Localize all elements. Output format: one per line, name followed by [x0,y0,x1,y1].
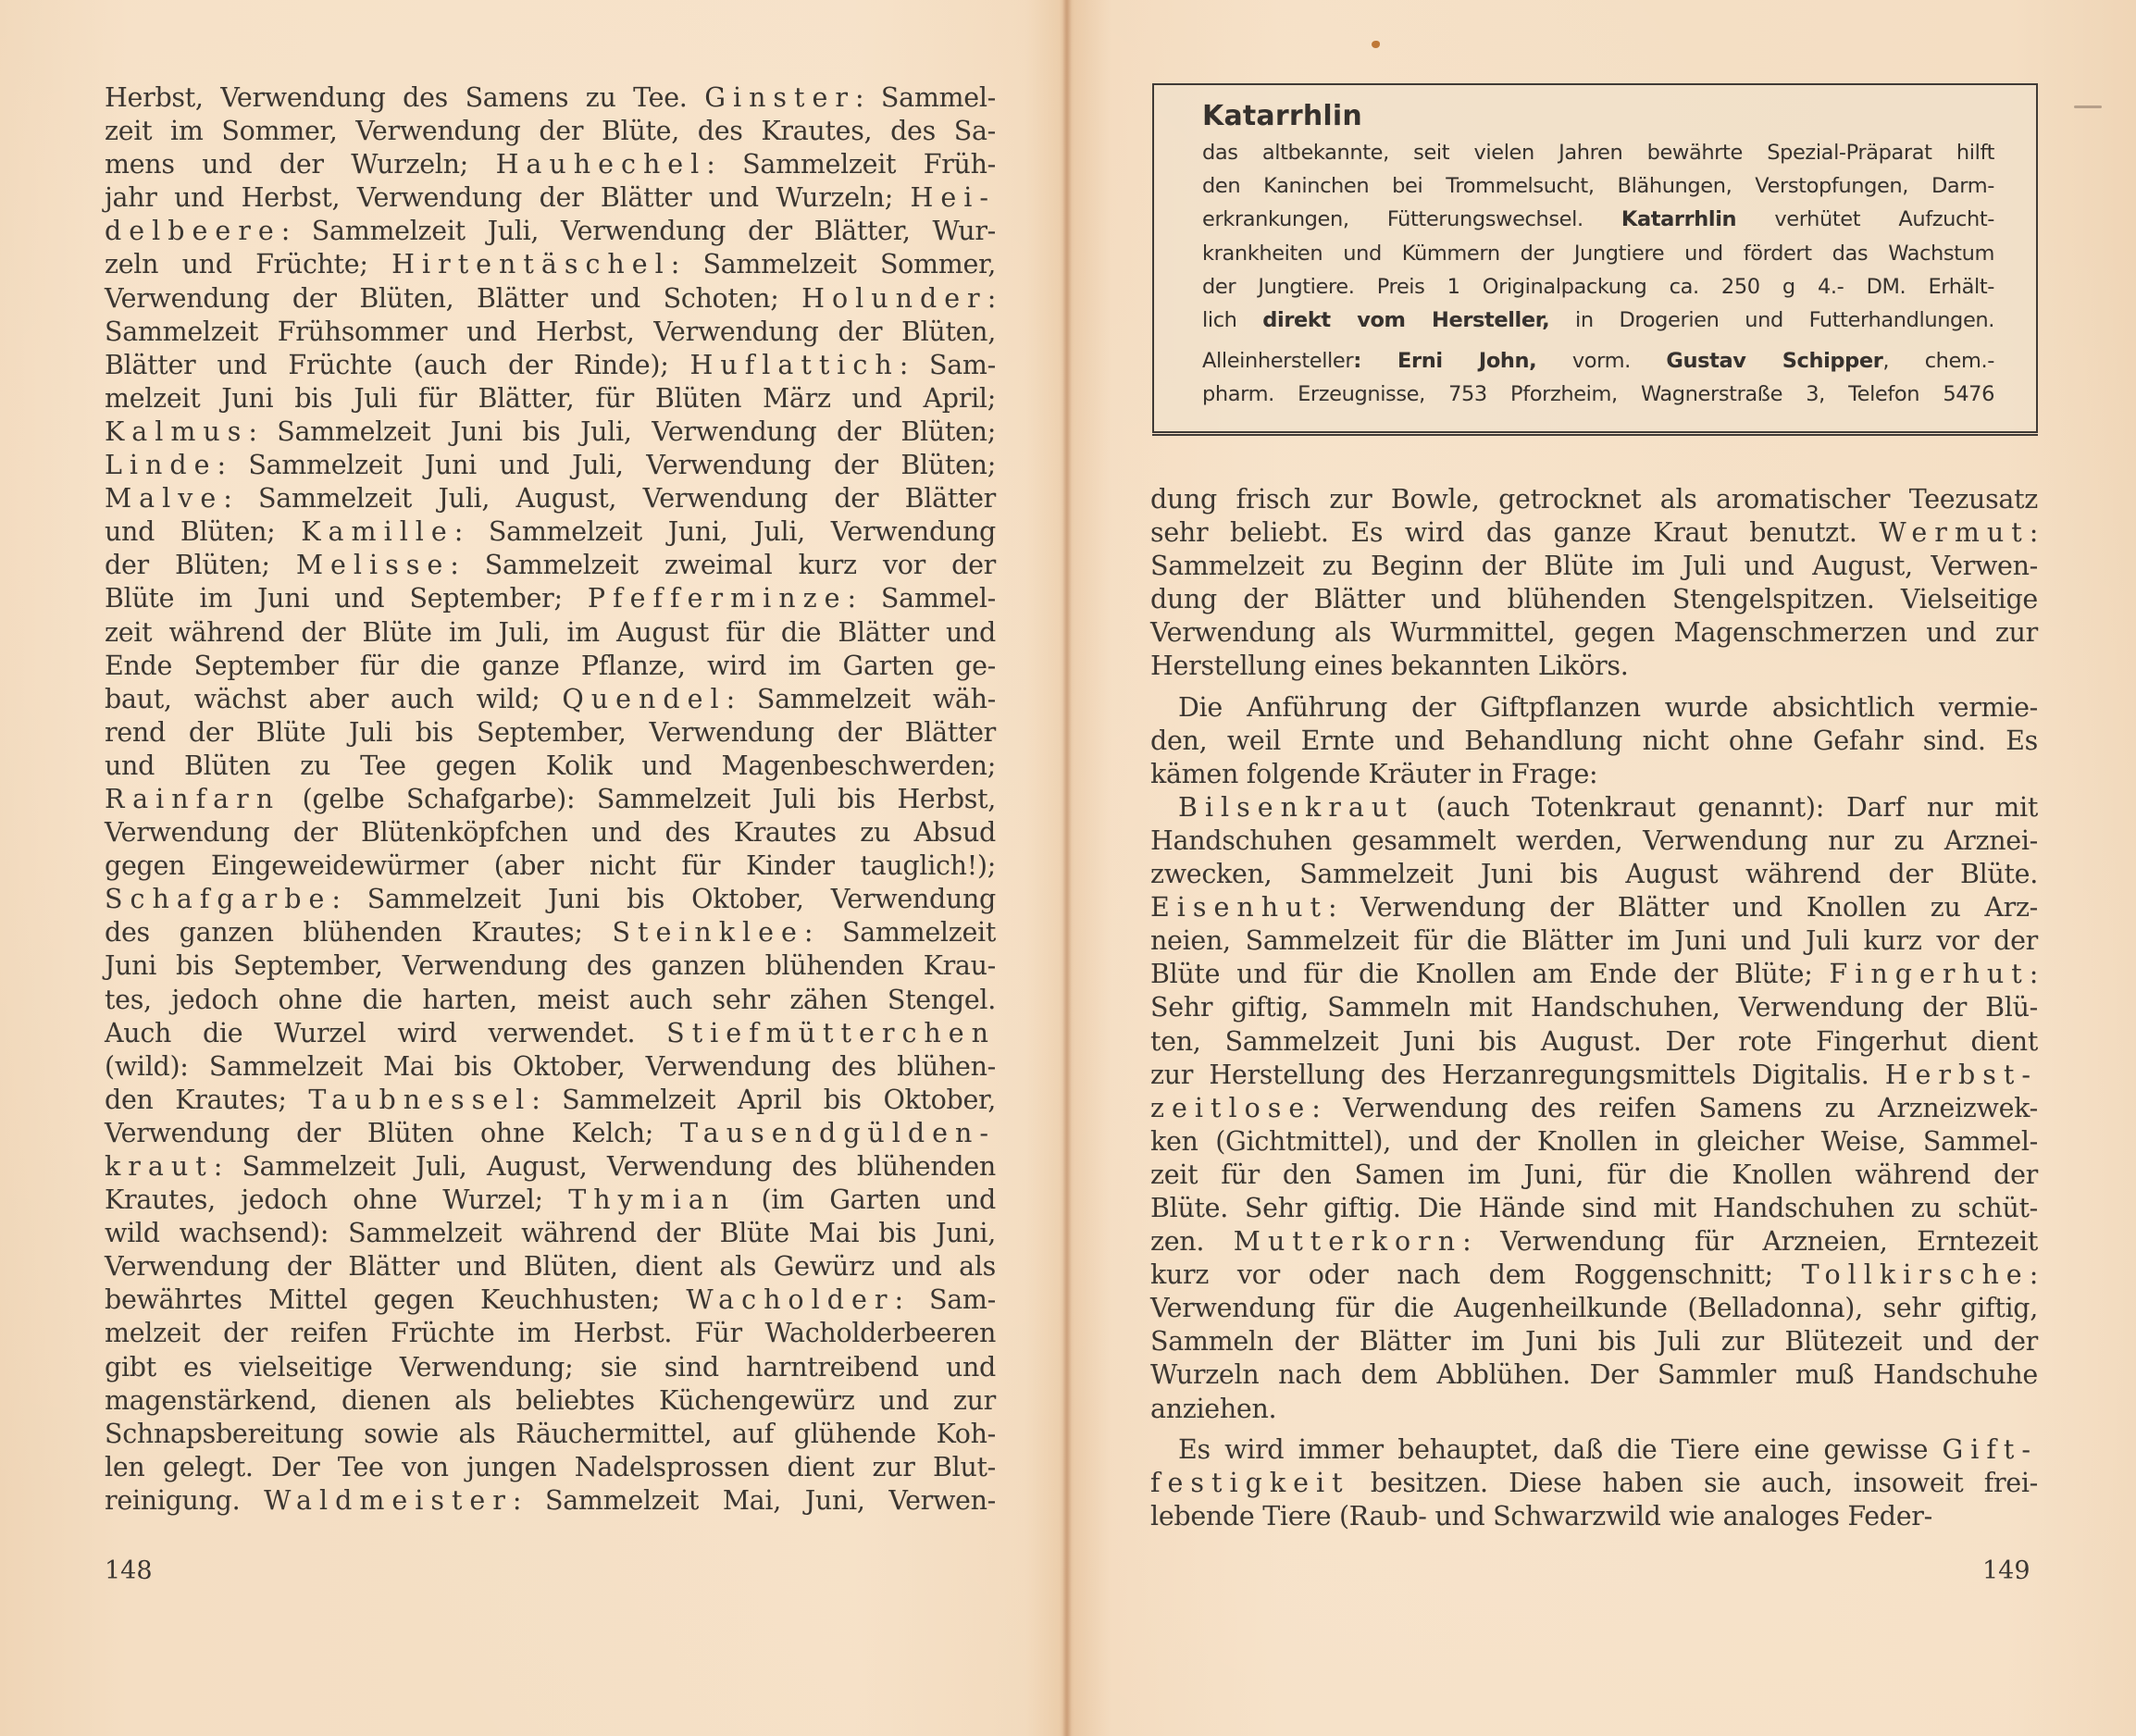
text-run: : Sammelzeit Juli, August, Verwendung de… [223,483,996,514]
text-line: den Kaninchen bei Trommelsucht, Blähunge… [1202,169,1994,203]
text-line: der Jungtiere. Preis 1 Originalpackung c… [1202,270,1994,304]
text-run: : Verwendung des reifen Samens zu Arznei… [1311,1093,2038,1123]
spaced-term: Fingerhut [1830,959,2030,989]
text-line: Blüte. Sehr giftig. Die Hände sind mit H… [1150,1192,2038,1225]
spaced-term: Rainfarn [105,784,280,814]
spaced-term: Ginster [704,82,855,113]
spaced-term: Thymian [568,1184,736,1215]
text-run: : Sammelzeit Sommer, [671,249,996,279]
text-run: dung frisch zur Bowle, getrocknet als ar… [1150,484,2038,515]
left-page-body-text: Herbst, Verwendung des Samens zu Tee. Gi… [105,81,996,1518]
text-line: rend der Blüte Juli bis September, Verwe… [105,716,996,750]
text-line: Bilsenkraut (auch Totenkraut genannt): D… [1150,791,2038,825]
text-line: krankheiten und Kümmern der Jungtiere un… [1202,237,1994,270]
text-run: Verwendung für die Augenheilkunde (Bella… [1150,1293,2038,1323]
text-line: zeit während der Blüte im Juli, im Augus… [105,616,996,650]
text-run: Blüte im Juni und September; [105,583,588,614]
spaced-term: Tollkirsche [1802,1259,2030,1290]
spaced-term: delbeere [105,216,281,246]
text-run: : Sammelzeit Juli, Verwendung der Blätte… [281,216,996,246]
text-run: Handschuhen gesammelt werden, Verwendung… [1150,825,2038,856]
spaced-term: zeitlose [1150,1093,1311,1123]
spaced-term: Herbst- [1885,1060,2038,1090]
text-line: Sehr giftig, Sammeln mit Handschuhen, Ve… [1150,991,2038,1024]
text-run: kurz vor oder nach dem Roggenschnitt; [1150,1259,1802,1290]
text-line: festigkeit besitzen. Diese haben sie auc… [1150,1467,2038,1500]
text-run: neien, Sammelzeit für die Blätter im Jun… [1150,925,2038,956]
text-run: : [2030,517,2038,548]
text-run: : Verwendung der Blätter und Knollen zu … [1328,892,2038,923]
text-line: zwecken, Sammelzeit Juni bis August währ… [1150,858,2038,891]
text-run: ten, Sammelzeit Juni bis August. Der rot… [1150,1026,2038,1057]
text-run: Blüte. Sehr giftig. Die Hände sind mit H… [1150,1193,2038,1223]
text-line: und Blüten; Kamille: Sammelzeit Juni, Ju… [105,515,996,549]
text-line: Herstellung eines bekannten Likörs. [1150,650,2038,683]
spaced-term: Bilsenkraut [1178,792,1414,823]
text-run: melzeit der reifen Früchte im Herbst. Fü… [105,1318,996,1348]
text-line: pharm. Erzeugnisse, 753 Pforzheim, Wagne… [1202,378,1994,411]
text-run: Ende September für die ganze Pflanze, wi… [105,651,996,681]
text-run: dung der Blätter und blühenden Stengelsp… [1150,584,2038,614]
text-run: Krautes, jedoch ohne Wurzel; [105,1184,568,1215]
text-run: Juni bis September, Verwendung des ganze… [105,950,996,981]
spaced-term: Schafgarbe [105,884,331,914]
text-run: reinigung. [105,1485,264,1516]
text-run: melzeit Juni bis Juli für Blätter, für B… [105,383,996,414]
text-line: baut, wächst aber auch wild; Quendel: Sa… [105,683,996,716]
text-run: Verwendung der Blüten, Blätter und Schot… [105,283,801,314]
spaced-term: Tausendgülden- [680,1118,996,1148]
text-run: erkrankungen, Fütterungswechsel. [1202,207,1621,231]
text-line: den, weil Ernte und Behandlung nicht ohn… [1150,725,2038,758]
text-run: (im Garten und [736,1184,996,1215]
spaced-term: Quendel [562,684,726,714]
text-run: : [2030,959,2038,989]
text-line: Sammelzeit zu Beginn der Blüte im Juli u… [1150,550,2038,583]
text-run: zeit während der Blüte im Juli, im Augus… [105,617,996,648]
text-run: tes, jedoch ohne die harten, meist auch … [105,985,996,1015]
spaced-term: Waldmeister [264,1485,513,1516]
text-run: Sammeln der Blätter im Juni bis Juli zur… [1150,1326,2038,1357]
text-line: len gelegt. Der Tee von jungen Nadelspro… [105,1451,996,1484]
text-line: Es wird immer behauptet, daß die Tiere e… [1150,1433,2038,1467]
text-run: (gelbe Schafgarbe): Sammelzeit Juli bis … [280,784,996,814]
text-run: (wild): Sammelzeit Mai bis Oktober, Verw… [105,1051,996,1082]
bold-term: : Erni John, [1353,349,1536,373]
text-run: : Sam- [900,350,996,380]
text-run: besitzen. Diese haben sie auch, insoweit… [1350,1468,2038,1498]
text-run: : Sammelzeit Juni bis Oktober, Verwendun… [331,884,996,914]
text-run: des ganzen blühenden Krautes; [105,917,612,948]
text-line: Verwendung als Wurmmittel, gegen Magensc… [1150,616,2038,650]
text-line: Blätter und Früchte (auch der Rinde); Hu… [105,349,996,382]
text-run: Auch die Wurzel wird verwendet. [105,1018,666,1048]
text-run: zeln und Früchte; [105,249,391,279]
text-line: sehr beliebt. Es wird das ganze Kraut be… [1150,516,2038,550]
text-run: Sammelzeit zu Beginn der Blüte im Juli u… [1150,551,2038,581]
text-line: erkrankungen, Fütterungswechsel. Katarrh… [1202,203,1994,236]
text-run: : Verwendung für Arzneien, Erntezeit [1462,1226,2038,1257]
text-run: : Sammelzeit wäh- [726,684,996,714]
text-line: der Blüten; Melisse: Sammelzeit zweimal … [105,549,996,582]
text-run: : Sammelzeit Juli, August, Verwendung de… [214,1151,996,1182]
text-line: Juni bis September, Verwendung des ganze… [105,949,996,983]
text-line: Alleinhersteller: Erni John, vorm. Gusta… [1202,344,1994,378]
text-line: tes, jedoch ohne die harten, meist auch … [105,984,996,1017]
text-run: den Kaninchen bei Trommelsucht, Blähunge… [1202,174,1994,198]
spaced-term: Hauhechel [496,149,707,180]
text-run: sehr beliebt. Es wird das ganze Kraut be… [1150,517,1879,548]
text-line: magenstärkend, dienen als beliebtes Küch… [105,1384,996,1418]
text-run: Verwendung der Blüten ohne Kelch; [105,1118,680,1148]
text-run: und Blüten zu Tee gegen Kolik und Magenb… [105,750,996,781]
text-run: den, weil Ernte und Behandlung nicht ohn… [1150,725,2038,756]
text-line: zen. Mutterkorn: Verwendung für Arzneien… [1150,1225,2038,1259]
book-spread: Herbst, Verwendung des Samens zu Tee. Gi… [0,0,2136,1736]
text-line: Handschuhen gesammelt werden, Verwendung… [1150,825,2038,858]
spaced-term: Huflattich [690,350,900,380]
text-line: Sammeln der Blätter im Juni bis Juli zur… [1150,1325,2038,1358]
text-line: zur Herstellung des Herzanregungsmittels… [1150,1059,2038,1092]
text-run: gegen Eingeweidewürmer (aber nicht für K… [105,850,996,881]
text-line: dung frisch zur Bowle, getrocknet als ar… [1150,483,2038,516]
spaced-term: Kamille [301,516,454,547]
text-run: Wurzeln nach dem Abblühen. Der Sammler m… [1150,1359,2038,1390]
text-run: Die Anführung der Giftpflanzen wurde abs… [1178,692,2038,723]
text-line: lich direkt vom Hersteller, in Drogerien… [1202,304,1994,337]
text-line: Verwendung der Blätter und Blüten, dient… [105,1250,996,1283]
text-run: zen. [1150,1226,1234,1257]
spaced-term: Pfefferminze [588,583,848,614]
text-line: ken (Gichtmittel), und der Knollen in gl… [1150,1125,2038,1159]
text-run: lich [1202,308,1262,332]
text-run: : Sammelzeit zweimal kurz vor der [450,550,996,580]
bold-term: Katarrhlin [1621,207,1736,231]
text-line: Ende September für die ganze Pflanze, wi… [105,650,996,683]
spaced-term: Eisenhut [1150,892,1328,923]
text-line: Malve: Sammelzeit Juli, August, Verwendu… [105,482,996,515]
text-line: Die Anführung der Giftpflanzen wurde abs… [1150,691,2038,725]
text-run: pharm. Erzeugnisse, 753 Pforzheim, Wagne… [1202,382,1994,406]
text-run: kämen folgende Kräuter in Frage: [1150,759,1597,789]
text-line: den Krautes; Taubnessel: Sammelzeit Apri… [105,1084,996,1117]
text-run: : Sammelzeit [804,917,996,948]
text-line: kraut: Sammelzeit Juli, August, Verwendu… [105,1150,996,1184]
text-run: : Sammel- [855,82,996,113]
text-line: kämen folgende Kräuter in Frage: [1150,758,2038,791]
spaced-term: Hirtentäschel [391,249,671,279]
text-run: Verwendung der Blätter und Blüten, dient… [105,1251,996,1282]
text-line: kurz vor oder nach dem Roggenschnitt; To… [1150,1259,2038,1292]
text-line: anziehen. [1150,1393,2038,1426]
text-line: zeit im Sommer, Verwendung der Blüte, de… [105,115,996,148]
text-run: Verwendung der Blütenköpfchen und des Kr… [105,817,996,848]
text-run: den Krautes; [105,1085,308,1115]
text-line: Verwendung der Blütenköpfchen und des Kr… [105,816,996,849]
bold-term: Gustav Schipper [1666,349,1882,373]
spaced-term: Hei- [911,182,996,213]
spaced-term: Taubnessel [308,1085,531,1115]
text-run: : [2030,1259,2038,1290]
text-line: Linde: Sammelzeit Juni und Juli, Verwend… [105,449,996,482]
text-line: Eisenhut: Verwendung der Blätter und Kno… [1150,891,2038,924]
text-run: zeit für den Samen im Juni, für die Knol… [1150,1159,2038,1190]
text-line: reinigung. Waldmeister: Sammelzeit Mai, … [105,1484,996,1518]
text-line: delbeere: Sammelzeit Juli, Verwendung de… [105,215,996,248]
bold-term: direkt vom Hersteller, [1262,308,1549,332]
text-run: in Drogerien und Futterhandlungen. [1549,308,1994,332]
spaced-term: Holunder [801,283,987,314]
text-line: (wild): Sammelzeit Mai bis Oktober, Verw… [105,1050,996,1084]
text-run: zeit im Sommer, Verwendung der Blüte, de… [105,116,996,146]
text-line: Auch die Wurzel wird verwendet. Stiefmüt… [105,1017,996,1050]
text-line: und Blüten zu Tee gegen Kolik und Magenb… [105,750,996,783]
text-run: : Sammelzeit Juni, Juli, Verwendung [454,516,996,547]
text-line: Blüte und für die Knollen am Ende der Bl… [1150,958,2038,991]
text-run: und Blüten; [105,516,301,547]
text-line: neien, Sammelzeit für die Blätter im Jun… [1150,924,2038,958]
right-page-body-text: dung frisch zur Bowle, getrocknet als ar… [1150,483,2038,1533]
text-run: : [987,283,996,314]
text-run: wild wachsend): Sammelzeit während der B… [105,1218,996,1248]
text-line: bewährtes Mittel gegen Keuchhusten; Wach… [105,1283,996,1317]
text-line: Schnapsbereitung sowie als Räuchermittel… [105,1418,996,1451]
text-run: zwecken, Sammelzeit Juni bis August währ… [1150,859,2038,889]
spaced-term: kraut [105,1151,214,1182]
text-run: Schnapsbereitung sowie als Räuchermittel… [105,1419,996,1449]
text-run: Sammelzeit Frühsommer und Herbst, Verwen… [105,316,996,347]
page-number-right: 149 [1982,1557,2030,1585]
spaced-term: festigkeit [1150,1468,1350,1498]
text-line: Verwendung der Blüten, Blätter und Schot… [105,282,996,316]
text-run: Alleinhersteller [1202,349,1353,373]
text-run: Blüte und für die Knollen am Ende der Bl… [1150,959,1830,989]
spaced-term: Kalmus [105,416,248,447]
text-run: Herbst, Verwendung des Samens zu Tee. [105,82,704,113]
text-line: zeit für den Samen im Juni, für die Knol… [1150,1159,2038,1192]
text-line: Sammelzeit Frühsommer und Herbst, Verwen… [105,316,996,349]
text-line: das altbekannte, seit vielen Jahren bewä… [1202,136,1994,169]
text-run: : Sam- [894,1284,996,1315]
text-line: zeln und Früchte; Hirtentäschel: Sammelz… [105,248,996,281]
text-run: Es wird immer behauptet, daß die Tiere e… [1178,1434,1942,1465]
text-run: der Blüten; [105,550,296,580]
text-run: len gelegt. Der Tee von jungen Nadelspro… [105,1452,996,1482]
text-line: Verwendung der Blüten ohne Kelch; Tausen… [105,1117,996,1150]
text-run: rend der Blüte Juli bis September, Verwe… [105,717,996,748]
spaced-term: Wacholder [686,1284,894,1315]
spaced-term: Mutterkorn [1234,1226,1462,1257]
spaced-term: Malve [105,483,223,514]
advertisement-body: das altbekannte, seit vielen Jahren bewä… [1202,136,1994,412]
text-line: Wurzeln nach dem Abblühen. Der Sammler m… [1150,1358,2038,1392]
text-line: gibt es vielseitige Verwendung; sie sind… [105,1351,996,1384]
text-run: lebende Tiere (Raub- und Schwarzwild wie… [1150,1501,1932,1531]
text-line: Herbst, Verwendung des Samens zu Tee. Gi… [105,81,996,115]
text-line: melzeit der reifen Früchte im Herbst. Fü… [105,1317,996,1350]
text-run: : Sammelzeit Mai, Juni, Verwen- [513,1485,996,1516]
text-line: Verwendung für die Augenheilkunde (Bella… [1150,1292,2038,1325]
text-line: Schafgarbe: Sammelzeit Juni bis Oktober,… [105,883,996,916]
spaced-term: Wermut [1879,517,2029,548]
text-line: dung der Blätter und blühenden Stengelsp… [1150,583,2038,616]
text-line: zeitlose: Verwendung des reifen Samens z… [1150,1092,2038,1125]
text-run: : Sammel- [847,583,996,614]
text-run: magenstärkend, dienen als beliebtes Küch… [105,1385,996,1416]
spaced-term: Steinklee [612,917,803,948]
text-line: gegen Eingeweidewürmer (aber nicht für K… [105,849,996,883]
text-run: jahr und Herbst, Verwendung der Blätter … [105,182,911,213]
text-run: mens und der Wurzeln; [105,149,496,180]
text-run: : Sammelzeit April bis Oktober, [531,1085,996,1115]
ink-speck-decoration [1372,41,1380,48]
spaced-term: Stiefmütterchen [666,1018,996,1048]
text-run: ken (Gichtmittel), und der Knollen in gl… [1150,1126,2038,1157]
text-line: wild wachsend): Sammelzeit während der B… [105,1217,996,1250]
pencil-mark-decoration [2074,105,2102,108]
text-line: lebende Tiere (Raub- und Schwarzwild wie… [1150,1500,2038,1533]
text-run: : Sammelzeit Juni bis Juli, Verwendung d… [248,416,996,447]
text-run: krankheiten und Kümmern der Jungtiere un… [1202,242,1994,266]
text-run: baut, wächst aber auch wild; [105,684,562,714]
text-run: Blätter und Früchte (auch der Rinde); [105,350,690,380]
text-run: : Sammelzeit Früh- [706,149,996,180]
text-run: (auch Totenkraut genannt): Darf nur mit [1414,792,2038,823]
text-run: zur Herstellung des Herzanregungsmittels… [1150,1060,1885,1090]
spaced-term: Gift- [1942,1434,2038,1465]
text-line: Blüte im Juni und September; Pfefferminz… [105,582,996,615]
text-line: Rainfarn (gelbe Schafgarbe): Sammelzeit … [105,783,996,816]
text-run: das altbekannte, seit vielen Jahren bewä… [1202,141,1994,165]
text-line: Krautes, jedoch ohne Wurzel; Thymian (im… [105,1184,996,1217]
page-number-left: 148 [105,1557,153,1585]
text-run: bewährtes Mittel gegen Keuchhusten; [105,1284,686,1315]
text-run: gibt es vielseitige Verwendung; sie sind… [105,1352,996,1383]
advertisement-box: Katarrhlin das altbekannte, seit vielen … [1152,83,2038,433]
text-run: , chem.- [1882,349,1994,373]
text-line: Kalmus: Sammelzeit Juni bis Juli, Verwen… [105,415,996,449]
text-run: Sehr giftig, Sammeln mit Handschuhen, Ve… [1150,992,2038,1023]
text-run: Herstellung eines bekannten Likörs. [1150,651,1629,681]
text-line: des ganzen blühenden Krautes; Steinklee:… [105,916,996,949]
spaced-term: Melisse [296,550,450,580]
text-run: anziehen. [1150,1394,1276,1424]
text-line: melzeit Juni bis Juli für Blätter, für B… [105,382,996,415]
text-run: Verwendung als Wurmmittel, gegen Magensc… [1150,617,2038,648]
advertisement-title: Katarrhlin [1202,101,1362,132]
text-line: mens und der Wurzeln; Hauhechel: Sammelz… [105,148,996,181]
text-run: der Jungtiere. Preis 1 Originalpackung c… [1202,275,1994,299]
text-run: : Sammelzeit Juni und Juli, Verwendung d… [217,450,996,480]
text-line: ten, Sammelzeit Juni bis August. Der rot… [1150,1025,2038,1059]
text-run: vorm. [1536,349,1666,373]
spaced-term: Linde [105,450,217,480]
text-line: jahr und Herbst, Verwendung der Blätter … [105,181,996,215]
text-run: verhütet Aufzucht- [1736,207,1994,231]
